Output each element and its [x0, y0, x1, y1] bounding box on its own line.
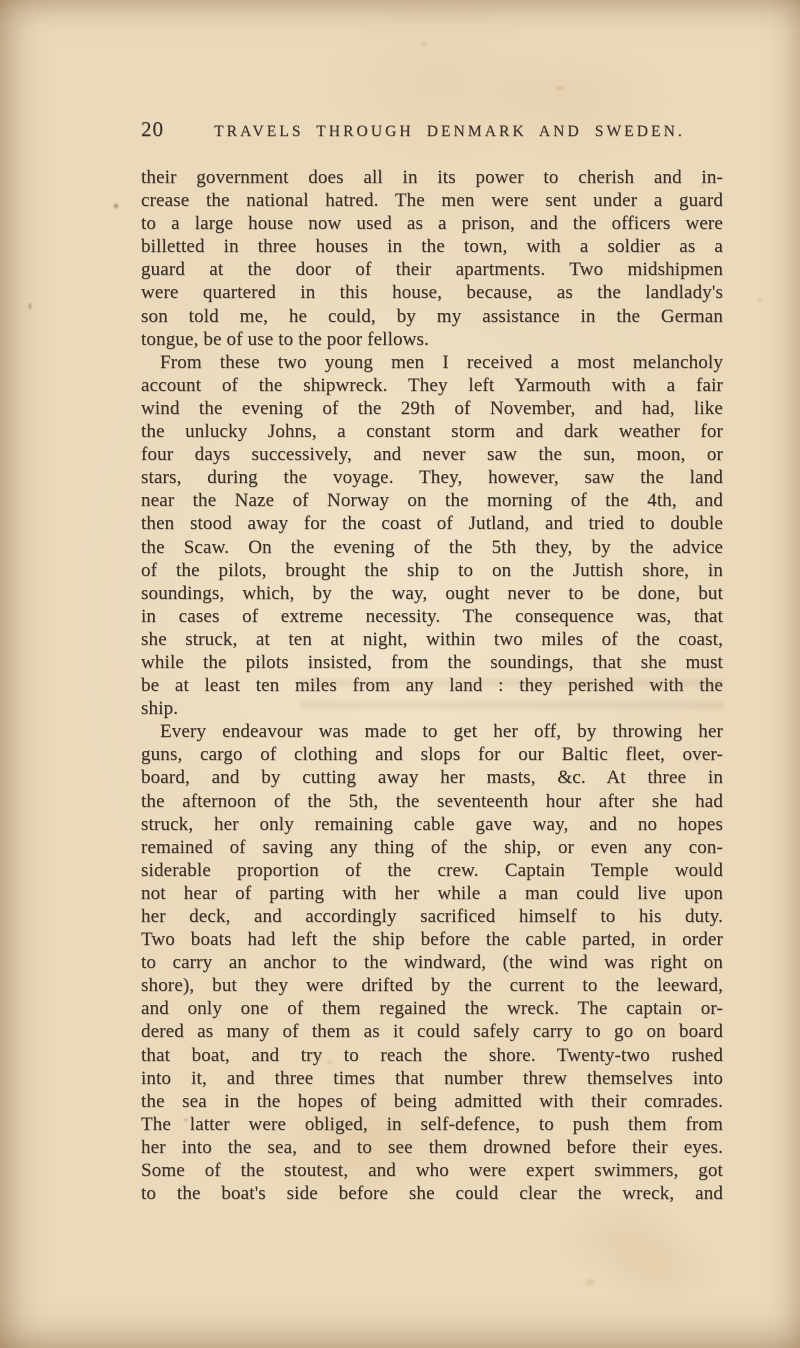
text-line: the afternoon of the 5th, the seventeent… [141, 790, 723, 813]
text-line: son told me, he could, by my assistance … [141, 305, 723, 328]
text-line: guard at the door of their apartments. T… [141, 258, 723, 281]
text-line: From these two young men I received a mo… [141, 351, 723, 374]
paper-stain [470, 40, 670, 160]
text-line: stars, during the voyage. They, however,… [141, 466, 723, 489]
text-line: in cases of extreme necessity. The conse… [141, 605, 723, 628]
text-line: her into the sea, and to see them drowne… [141, 1136, 723, 1159]
text-line: wind the evening of the 29th of November… [141, 397, 723, 420]
text-line: struck, her only remaining cable gave wa… [141, 813, 723, 836]
text-line: the Scaw. On the evening of the 5th they… [141, 536, 723, 559]
text-line: shore), but they were drifted by the cur… [141, 974, 723, 997]
text-line: she struck, at ten at night, within two … [141, 628, 723, 651]
body-text: their government does all in its power t… [141, 166, 723, 1205]
text-line: and only one of them regained the wreck.… [141, 997, 723, 1020]
text-line: guns, cargo of clothing and slops for ou… [141, 743, 723, 766]
text-line: that boat, and try to reach the shore. T… [141, 1044, 723, 1067]
text-line: be at least ten miles from any land : th… [141, 674, 723, 697]
text-line: Every endeavour was made to get her off,… [141, 720, 723, 743]
text-line: account of the shipwreck. They left Yarm… [141, 374, 723, 397]
text-line: billetted in three houses in the town, w… [141, 235, 723, 258]
text-line: her deck, and accordingly sacrificed him… [141, 905, 723, 928]
text-line: were quartered in this house, because, a… [141, 281, 723, 304]
text-line: dered as many of them as it could safely… [141, 1020, 723, 1043]
text-line: the sea in the hopes of being admitted w… [141, 1090, 723, 1113]
text-line: remained of saving any thing of the ship… [141, 836, 723, 859]
text-line: into it, and three times that number thr… [141, 1067, 723, 1090]
page-header: 20 TRAVELS THROUGH DENMARK AND SWEDEN. [141, 117, 723, 142]
running-title: TRAVELS THROUGH DENMARK AND SWEDEN. [164, 123, 723, 141]
text-line: siderable proportion of the crew. Captai… [141, 859, 723, 882]
text-line: board, and by cutting away her masts, &c… [141, 766, 723, 789]
book-page: 20 TRAVELS THROUGH DENMARK AND SWEDEN. t… [0, 0, 800, 1348]
text-line: the unlucky Johns, a constant storm and … [141, 420, 723, 443]
text-line: near the Naze of Norway on the morning o… [141, 489, 723, 512]
text-line: to a large house now used as a prison, a… [141, 212, 723, 235]
text-line: to carry an anchor to the windward, (the… [141, 951, 723, 974]
paper-stain [600, 1230, 720, 1310]
text-line: not hear of parting with her while a man… [141, 882, 723, 905]
text-line: while the pilots insisted, from the soun… [141, 651, 723, 674]
text-line: their government does all in its power t… [141, 166, 723, 189]
text-line: Some of the stoutest, and who were exper… [141, 1159, 723, 1182]
page-number: 20 [141, 117, 164, 142]
text-line: Two boats had left the ship before the c… [141, 928, 723, 951]
text-line: tongue, be of use to the poor fellows. [141, 328, 723, 351]
text-line: four days successively, and never saw th… [141, 443, 723, 466]
text-line: soundings, which, by the way, ought neve… [141, 582, 723, 605]
text-line: The latter were obliged, in self-defence… [141, 1113, 723, 1136]
text-line: then stood away for the coast of Jutland… [141, 512, 723, 535]
text-line: crease the national hatred. The men were… [141, 189, 723, 212]
text-line: of the pilots, brought the ship to on th… [141, 559, 723, 582]
text-line: to the boat's side before she could clea… [141, 1182, 723, 1205]
text-line: ship. [141, 697, 723, 720]
